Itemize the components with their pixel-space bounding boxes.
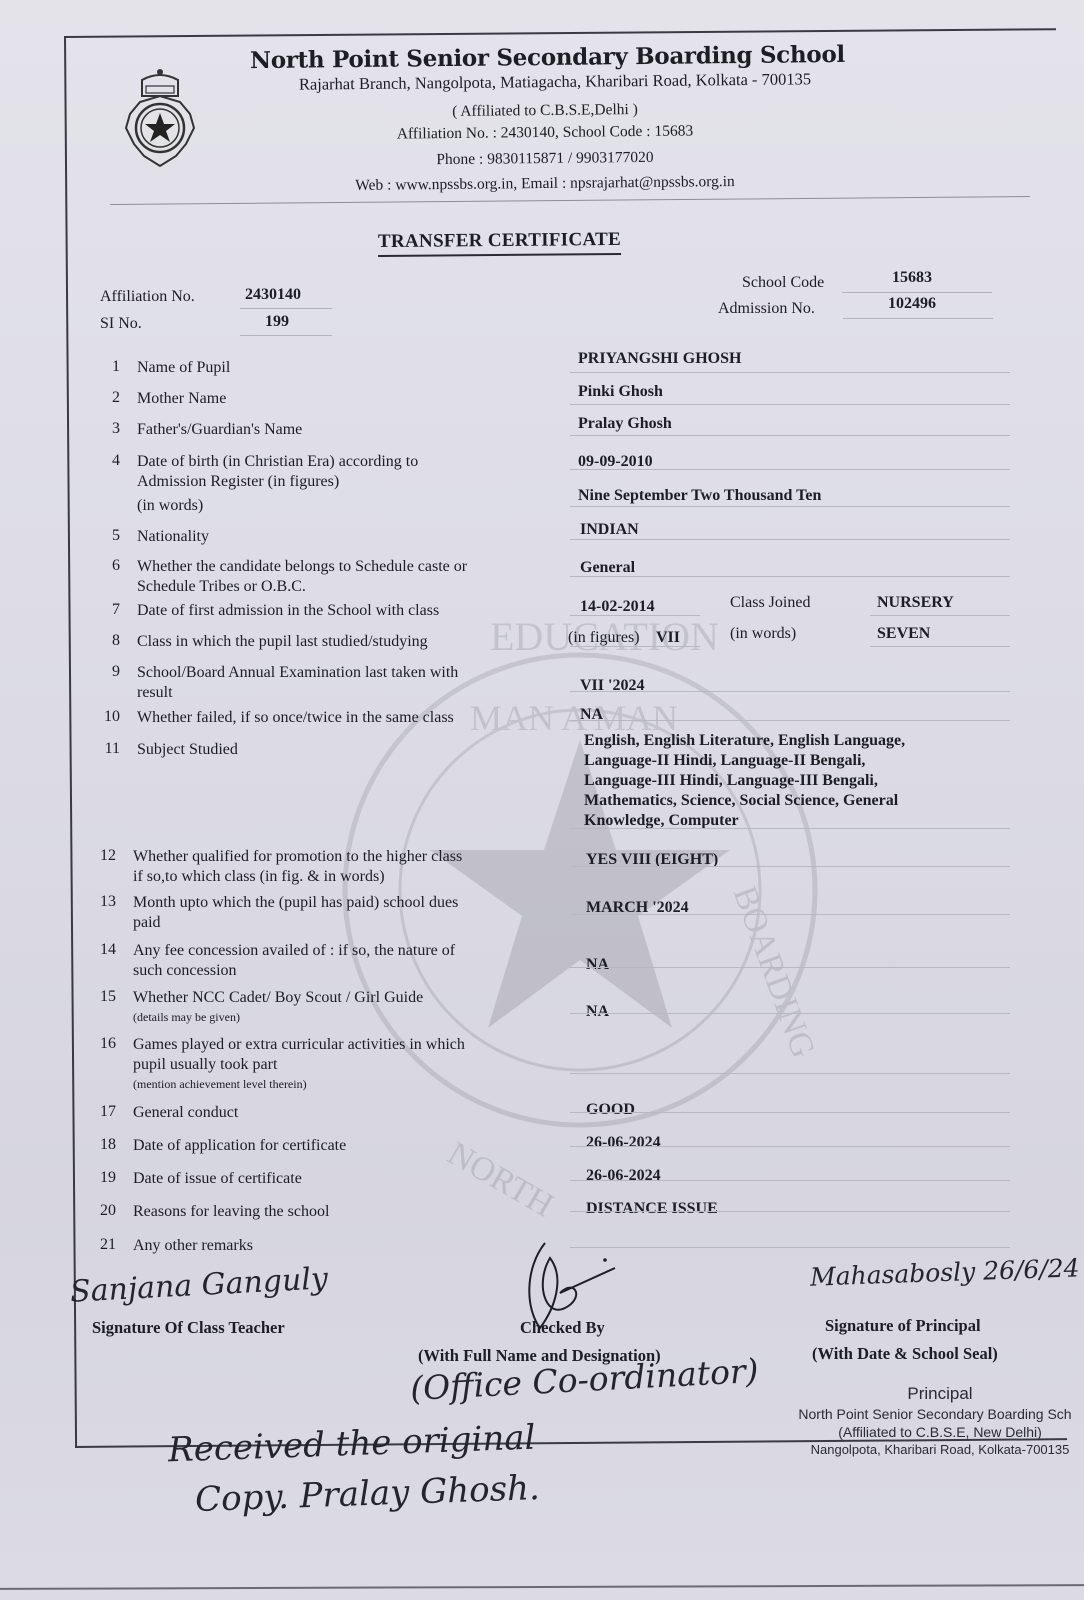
field-sub-label: Class Joined — [730, 593, 810, 613]
field-label-continued: Admission Register (in figures) — [137, 472, 339, 491]
school-code-field: School Code 15683 — [742, 274, 824, 292]
field-value-prefix: (in figures) — [568, 628, 640, 648]
field-label: Date of first admission in the School wi… — [137, 601, 439, 620]
field-value: INDIAN — [580, 520, 639, 540]
field-underline — [570, 615, 700, 616]
field-label-note: (in words) — [137, 496, 203, 515]
field-number: 2 — [90, 389, 120, 407]
field-label: Date of birth (in Christian Era) accordi… — [137, 452, 418, 471]
field-underline — [570, 435, 1010, 436]
field-underline — [570, 1112, 1010, 1113]
field-label: Mother Name — [137, 389, 226, 408]
stamp-line-2: (Affiliated to C.B.S.E, New Delhi) — [790, 1424, 1084, 1440]
field-underline — [570, 539, 1010, 540]
field-underline — [570, 576, 1010, 577]
field-label: Any fee concession availed of : if so, t… — [133, 941, 455, 960]
field-underline — [570, 506, 1010, 507]
field-label: School/Board Annual Examination last tak… — [137, 663, 458, 682]
field-underline — [870, 615, 1010, 616]
field-label: Name of Pupil — [137, 358, 230, 377]
field-label: Games played or extra curricular activit… — [133, 1035, 465, 1054]
field-label: Month upto which the (pupil has paid) sc… — [133, 893, 458, 912]
field-value: General — [580, 558, 635, 578]
field-number: 13 — [86, 893, 116, 911]
field-underline — [570, 469, 1010, 470]
school-code-value: 15683 — [892, 269, 932, 287]
principal-signature-sublabel: (With Date & School Seal) — [812, 1344, 998, 1364]
field-sub-value: NURSERY — [877, 593, 954, 613]
field-label-note: (mention achievement level therein) — [133, 1075, 307, 1094]
field-value: VII — [656, 628, 680, 648]
field-value-in-words: Nine September Two Thousand Ten — [578, 486, 821, 506]
principal-signature-label: Signature of Principal — [825, 1316, 981, 1336]
class-teacher-signature-label: Signature Of Class Teacher — [92, 1318, 285, 1338]
field-label: Any other remarks — [133, 1236, 253, 1255]
subject-line: Language-II Hindi, Language-II Bengali, — [584, 751, 865, 771]
field-label-continued: (details may be given) — [133, 1008, 240, 1027]
field-underline — [570, 866, 1010, 867]
field-label-continued: if so,to which class (in fig. & in words… — [133, 867, 385, 886]
field-value: PRIYANGSHI GHOSH — [578, 349, 741, 369]
admission-no-label: Admission No. — [718, 300, 815, 317]
field-number: 5 — [90, 527, 120, 545]
stamp-line-1: North Point Senior Secondary Boarding Sc… — [775, 1406, 1084, 1422]
subject-line: English, English Literature, English Lan… — [584, 731, 905, 751]
field-label: Nationality — [137, 527, 209, 546]
field-value: 14-02-2014 — [580, 597, 655, 617]
field-number: 15 — [86, 988, 116, 1006]
field-value: 26-06-2024 — [586, 1133, 661, 1153]
subject-line: Mathematics, Science, Social Science, Ge… — [584, 791, 898, 811]
field-underline — [570, 372, 1010, 373]
field-number: 14 — [86, 941, 116, 959]
field-value: Pinki Ghosh — [578, 382, 663, 402]
stamp-title: Principal — [840, 1384, 1040, 1404]
field-label: Whether qualified for promotion to the h… — [133, 847, 462, 866]
field-label: Father's/Guardian's Name — [137, 420, 302, 439]
field-underline — [570, 1180, 1010, 1181]
field-number: 18 — [86, 1136, 116, 1154]
field-number: 10 — [90, 708, 120, 726]
field-underline — [570, 1013, 1010, 1014]
affiliation-no-value: 2430140 — [245, 286, 301, 304]
field-number: 20 — [86, 1202, 116, 1220]
field-number: 8 — [90, 632, 120, 650]
field-sub-value: SEVEN — [877, 624, 930, 644]
field-underline — [570, 1247, 1010, 1248]
field-value: YES VIII (EIGHT) — [586, 850, 718, 870]
field-sub-label: (in words) — [730, 624, 796, 644]
field-underline — [570, 1211, 1010, 1212]
field-number: 4 — [90, 452, 120, 470]
field-value: MARCH '2024 — [586, 898, 689, 918]
field-underline — [570, 1146, 1010, 1147]
sl-no-value: 199 — [265, 313, 289, 331]
field-underline — [570, 691, 1010, 692]
certificate-title: TRANSFER CERTIFICATE — [378, 229, 621, 257]
field-value: Pralay Ghosh — [578, 414, 672, 434]
admission-no-field: Admission No. 102496 — [718, 300, 815, 318]
school-crest-star-icon — [120, 66, 200, 170]
stamp-line-3: Nangolpota, Kharibari Road, Kolkata-7001… — [780, 1442, 1084, 1457]
field-label-continued: paid — [133, 913, 161, 932]
field-number: 11 — [90, 740, 120, 758]
field-label: Whether NCC Cadet/ Boy Scout / Girl Guid… — [133, 988, 423, 1007]
checked-by-label: Checked By — [520, 1318, 605, 1338]
field-label: Whether failed, if so once/twice in the … — [137, 708, 454, 727]
field-underline — [570, 720, 1010, 721]
field-label-continued: pupil usually took part — [133, 1055, 277, 1074]
field-number: 6 — [90, 557, 120, 575]
field-underline — [570, 967, 1010, 968]
field-underline — [870, 646, 1010, 647]
field-label-continued: such concession — [133, 961, 237, 980]
field-number: 19 — [86, 1169, 116, 1187]
field-value: NA — [586, 955, 609, 975]
field-value: DISTANCE ISSUE — [586, 1199, 718, 1219]
field-number: 1 — [90, 358, 120, 376]
field-number: 7 — [90, 601, 120, 619]
field-label: Reasons for leaving the school — [133, 1202, 329, 1221]
field-number: 21 — [86, 1236, 116, 1254]
affiliation-no-label: Affiliation No. — [100, 288, 195, 305]
field-label: Subject Studied — [137, 740, 238, 759]
field-label: General conduct — [133, 1103, 238, 1122]
field-value: 26-06-2024 — [586, 1166, 661, 1186]
sl-no-field: SI No. 199 — [100, 315, 142, 333]
field-value: VII '2024 — [580, 676, 644, 696]
field-value: GOOD — [586, 1100, 635, 1120]
field-label: Class in which the pupil last studied/st… — [137, 632, 428, 651]
sl-no-label: SI No. — [100, 315, 142, 332]
admission-no-value: 102496 — [888, 295, 936, 313]
field-label: Whether the candidate belongs to Schedul… — [137, 557, 467, 576]
field-underline — [570, 646, 700, 647]
field-label: Date of application for certificate — [133, 1136, 346, 1155]
field-number: 3 — [90, 420, 120, 438]
affiliation-no-field: Affiliation No. 2430140 — [100, 288, 195, 306]
field-underline — [570, 828, 1010, 829]
field-underline — [570, 404, 1010, 405]
field-number: 17 — [86, 1103, 116, 1121]
field-label: Date of issue of certificate — [133, 1169, 302, 1188]
field-number: 9 — [90, 663, 120, 681]
subject-line: Language-III Hindi, Language-III Bengali… — [584, 771, 878, 791]
field-label-continued: Schedule Tribes or O.B.C. — [137, 577, 306, 596]
field-number: 12 — [86, 847, 116, 865]
field-value: NA — [586, 1002, 609, 1022]
school-code-label: School Code — [742, 274, 824, 291]
field-value: NA — [580, 705, 603, 725]
field-underline — [570, 1073, 1010, 1074]
field-label-continued: result — [137, 683, 173, 702]
field-number: 16 — [86, 1035, 116, 1053]
field-underline — [570, 914, 1010, 915]
